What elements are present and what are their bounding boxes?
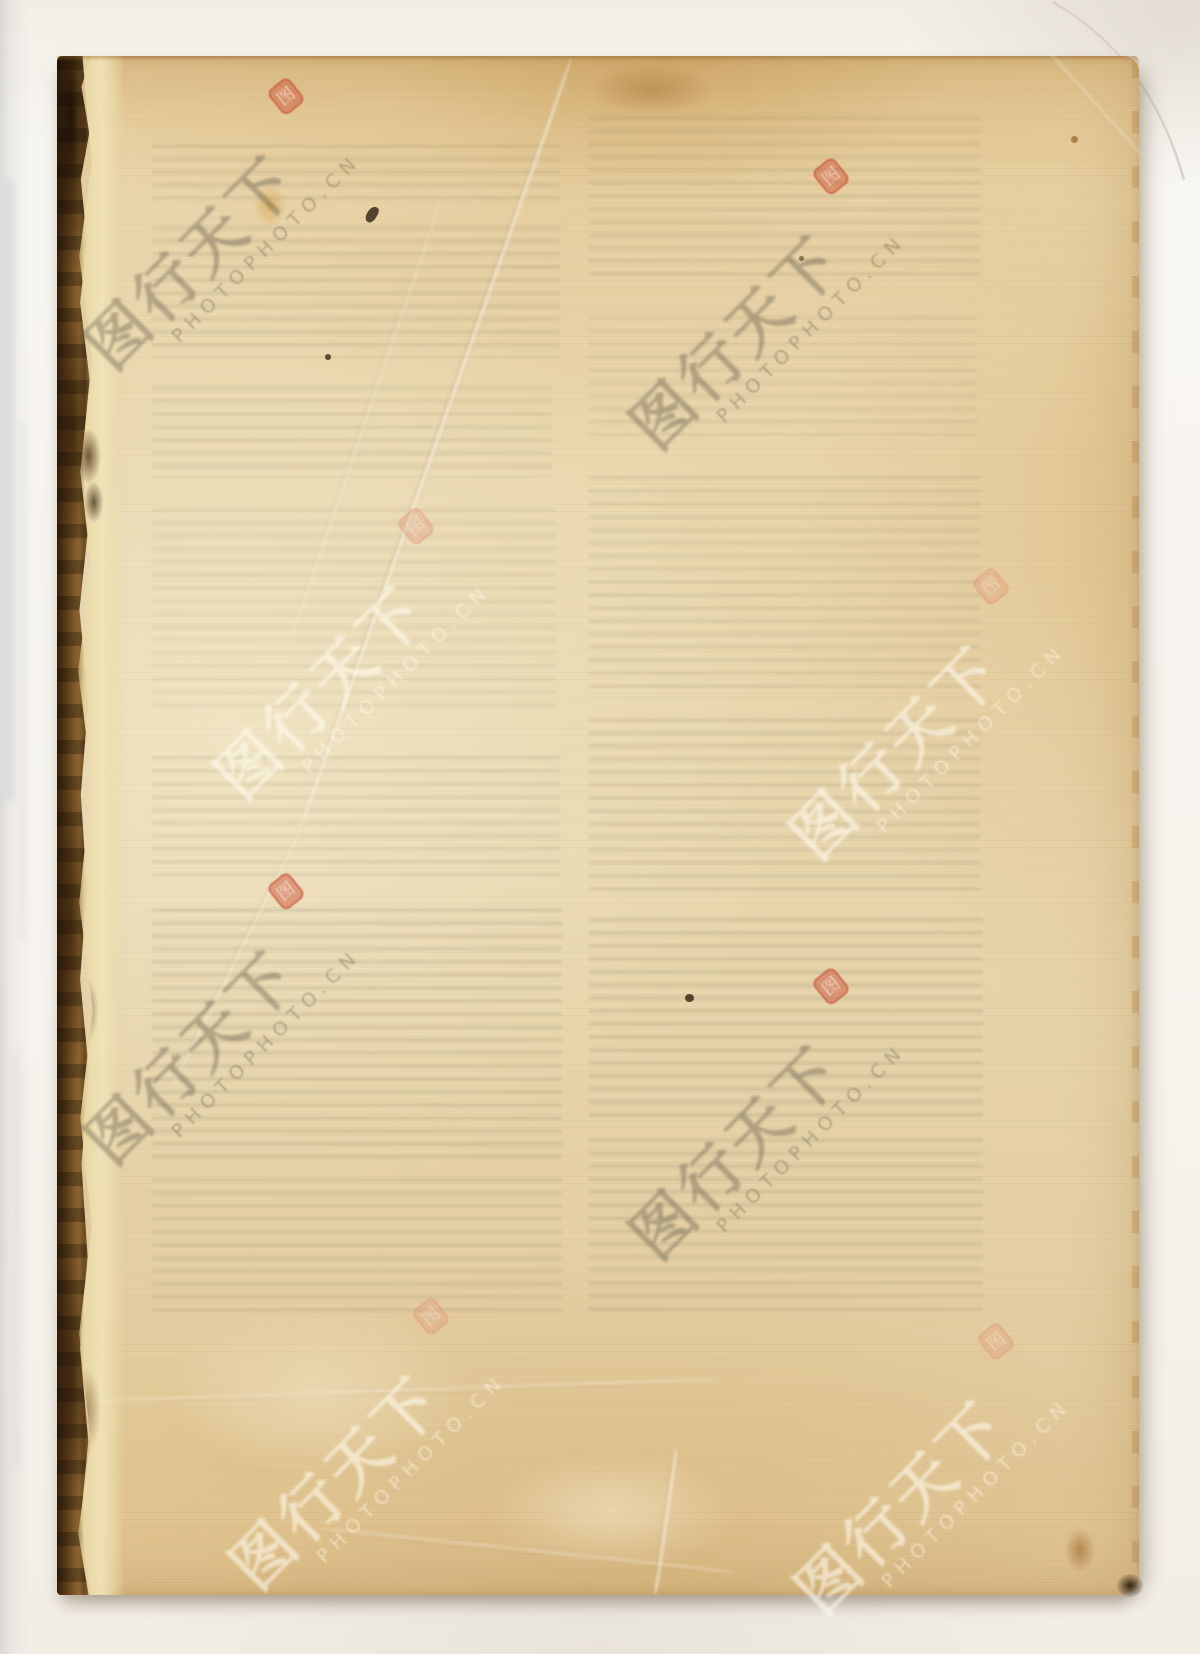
backdrop-streak [12,1050,21,1470]
ink-speck [685,994,694,1002]
bleed-through-text [152,908,562,1166]
stain [253,184,287,228]
photo-backdrop: 图 图行天下 PHOTOPHOTO.CN 图 图行天下 PHOTOPHOTO.C… [0,0,1200,1654]
bleed-through-text [589,1138,983,1320]
ink-speck [363,205,380,225]
bleed-through-text [589,918,983,1118]
backdrop-streak [20,420,26,940]
bleed-through-text [589,116,981,276]
bleed-through-text [152,1178,562,1320]
ink-speck [799,256,804,261]
page-top-edge [57,56,1139,61]
stain [587,64,717,116]
bleed-through-text [589,718,981,898]
page-right-edge [1132,56,1139,1595]
backdrop-streak [6,180,14,800]
bleed-through-text [152,756,560,876]
bleed-through-text [152,144,560,206]
bleed-through-text [589,316,977,436]
bleed-through-text [152,226,560,358]
ink-speck [1071,136,1078,143]
aged-paper-page [57,56,1139,1595]
stain [1117,1574,1143,1597]
crumple-highlight [487,1451,737,1571]
stain [1065,1528,1095,1572]
crumple-highlight [167,1306,467,1476]
bleed-through-text [589,476,981,698]
ink-speck [325,354,331,360]
